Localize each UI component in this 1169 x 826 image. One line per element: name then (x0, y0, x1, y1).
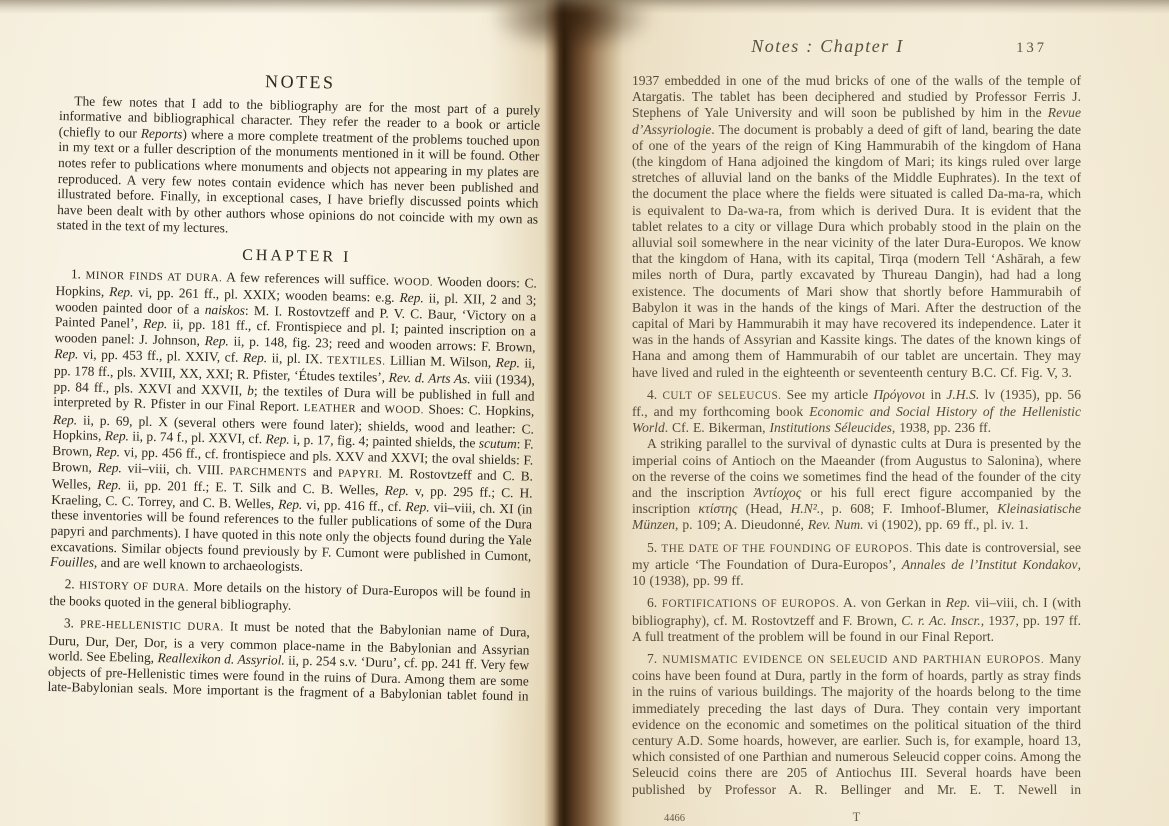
running-header: Notes : Chapter I (632, 38, 1023, 54)
note-5-paragraph: 5. THE DATE OF THE FOUNDING OF EUROPOS. … (632, 540, 1081, 590)
note-3-continuation-paragraph: 1937 embedded in one of the mud bricks o… (632, 73, 1081, 381)
note-7-paragraph: 7. NUMISMATIC EVIDENCE ON SELEUCID AND P… (632, 651, 1081, 798)
notes-intro-paragraph: The few notes that I add to the bibliogr… (57, 93, 541, 243)
note-4-second-paragraph: A striking parallel to the survival of d… (632, 436, 1081, 533)
left-page-text-block: NOTES The few notes that I add to the bi… (47, 70, 540, 704)
chapter-1-title: CHAPTER I (56, 244, 537, 269)
book-spine (544, 0, 636, 826)
photo-top-shadow (0, 0, 1169, 14)
signature-letter: T (632, 809, 1081, 825)
right-page-text-block: Notes : Chapter I 137 1937 embedded in o… (632, 38, 1081, 826)
page-number: 137 (1016, 40, 1047, 56)
running-header-row: Notes : Chapter I 137 (632, 38, 1081, 64)
note-6-paragraph: 6. FORTIFICATIONS OF EUROPOS. A. von Ger… (632, 595, 1081, 645)
note-4-paragraph: 4. CULT OF SELEUCUS. See my article Πρόγ… (632, 387, 1081, 437)
page-footer: 4466 T (632, 807, 1081, 826)
book-photo: NOTES The few notes that I add to the bi… (0, 0, 1169, 826)
note-2-paragraph: 2. HISTORY OF DURA. More details on the … (49, 576, 531, 619)
note-3-paragraph: 3. PRE-HELLENISTIC DURA. It must be note… (47, 615, 530, 705)
note-1-paragraph: 1. MINOR FINDS AT DURA. A few references… (50, 265, 537, 579)
